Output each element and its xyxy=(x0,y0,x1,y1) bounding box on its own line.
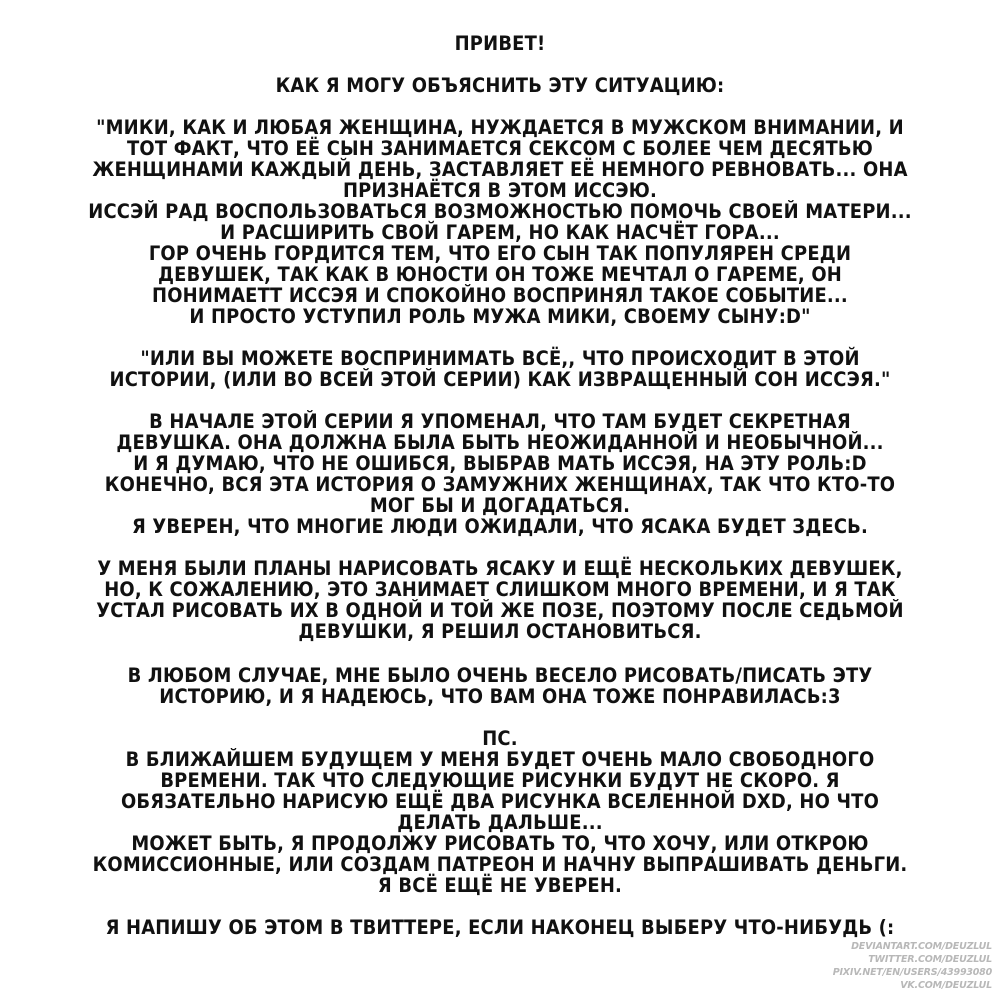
text-line: Я уверен, что многие люди ожидали, что Я… xyxy=(40,516,960,538)
text-line: Конечно, вся эта история о замужних женщ… xyxy=(40,474,960,496)
watermark-pixiv: pixiv.net/en/users/43993080 xyxy=(833,966,992,979)
text-line: девушка. Она должна была быть неожиданно… xyxy=(40,432,960,454)
text-line: комиссионные, или создам Патреон и начну… xyxy=(40,854,960,876)
text-line: Иссэй рад воспользоваться возможностью п… xyxy=(40,201,960,223)
text-line: "Или вы можете воспринимать всё,, что пр… xyxy=(40,348,960,370)
text-line: мог бы и догадаться. xyxy=(40,495,960,517)
greeting: Привет! xyxy=(40,33,960,55)
text-line: Может быть, я продолжу рисовать то, что … xyxy=(40,833,960,855)
text-line: понимаетт Иссэя и спокойно воспринял так… xyxy=(40,285,960,307)
text-line: Гор очень гордится тем, что его сын так … xyxy=(40,243,960,265)
text-line: тот факт, что её сын занимается сексом с… xyxy=(40,138,960,160)
text-line: времени. Так что следующие рисунки будут… xyxy=(40,770,960,792)
watermark-deviantart: deviantart.com/deuzlul xyxy=(833,940,992,953)
watermark-vk: vk.com/deuzlul xyxy=(833,979,992,992)
artist-watermark: deviantart.com/deuzlul twitter.com/deuzl… xyxy=(833,940,992,992)
text-line: устал рисовать их в одной и той же позе,… xyxy=(40,600,960,622)
text-line: И я думаю, что не ошибся, выбрав мать Ис… xyxy=(40,453,960,475)
text-line: девушки, я решил остановиться. xyxy=(40,621,960,643)
watermark-twitter: twitter.com/deuzlul xyxy=(833,953,992,966)
text-line: женщинами каждый день, заставляет её нем… xyxy=(40,159,960,181)
text-line: Я всё ещё не уверен. xyxy=(40,875,960,897)
intro-heading: Как я могу объяснить эту ситуацию: xyxy=(40,75,960,97)
text-line: В ближайшем будущем у меня будет очень м… xyxy=(40,749,960,771)
text-line: "Мики, как и любая женщина, нуждается в … xyxy=(40,117,960,139)
text-line: У меня были планы нарисовать Ясаку и ещё… xyxy=(40,558,960,580)
text-line: историю, и я надеюсь, что вам она тоже п… xyxy=(40,686,960,708)
text-line: ПС. xyxy=(40,728,960,750)
text-line: обязательно нарисую ещё два рисунка всел… xyxy=(40,791,960,813)
text-line: делать дальше... xyxy=(40,812,960,834)
text-line: В любом случае, мне было очень весело ри… xyxy=(40,665,960,687)
text-line: В начале этой серии я упоменал, что там … xyxy=(40,411,960,433)
text-line: истории, (или во всей этой серии) как из… xyxy=(40,369,960,391)
text-line: признаётся в этом Иссэю. xyxy=(40,180,960,202)
comic-text-page: Привет! Как я могу объяснить эту ситуаци… xyxy=(0,0,1000,1000)
text-line: и просто уступил роль мужа Мики, своему … xyxy=(40,306,960,328)
text-line: но, к сожалению, это занимает слишком мн… xyxy=(40,579,960,601)
text-line: и расширить свой гарем, но как насчёт Го… xyxy=(40,222,960,244)
text-line: девушек, так как в юности он тоже мечтал… xyxy=(40,264,960,286)
text-line: Я напишу об этом в твиттере, если наконе… xyxy=(40,917,960,939)
